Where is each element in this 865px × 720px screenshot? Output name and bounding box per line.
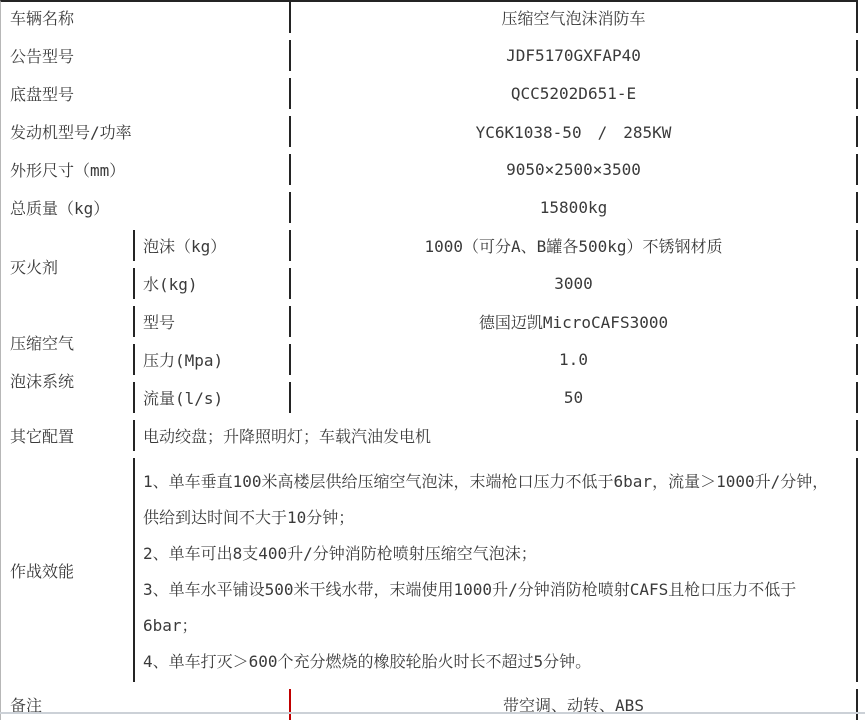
row-value: 1000（可分A、B罐各500kg）不锈钢材质 <box>289 230 858 261</box>
row-value: QCC5202D651-E <box>289 78 858 109</box>
group-label: 压缩空气 泡沫系统 <box>1 306 133 420</box>
table-row-remark: 备注 带空调、动转、ABS <box>1 689 858 720</box>
table-row-pressure: 压力(Mpa) 1.0 <box>133 344 858 375</box>
sub-label: 泡沫（kg） <box>133 230 289 261</box>
combat-line: 2、单车可出8支400升/分钟消防枪喷射压缩空气泡沫； <box>143 536 842 572</box>
sub-label: 流量(l/s) <box>133 382 289 413</box>
row-value: JDF5170GXFAP40 <box>289 40 858 71</box>
table-row-vehicle-name: 车辆名称 压缩空气泡沫消防车 <box>1 2 858 33</box>
row-label: 车辆名称 <box>1 2 289 33</box>
row-label: 其它配置 <box>1 420 133 451</box>
row-label: 公告型号 <box>1 40 289 71</box>
combat-performance-text: 1、单车垂直100米高楼层供给压缩空气泡沫，末端枪口压力不低于6bar，流量＞1… <box>133 458 858 682</box>
table-row-engine-power: 发动机型号/功率 YC6K1038-50 / 285KW <box>1 116 858 147</box>
group-label-line: 灭火剂 <box>10 249 133 287</box>
group-extinguishing-agent: 灭火剂 泡沫（kg） 1000（可分A、B罐各500kg）不锈钢材质 水(kg)… <box>1 230 858 306</box>
bottom-divider <box>0 712 865 714</box>
row-value: 电动绞盘；升降照明灯；车载汽油发电机 <box>133 420 858 451</box>
row-value: 1.0 <box>289 344 858 375</box>
table-row-other-config: 其它配置 电动绞盘；升降照明灯；车载汽油发电机 <box>1 420 858 451</box>
row-label: 发动机型号/功率 <box>1 116 289 147</box>
row-value: 15800kg <box>289 192 858 223</box>
table-row-dimensions: 外形尺寸（mm） 9050×2500×3500 <box>1 154 858 185</box>
vehicle-spec-table: 车辆名称 压缩空气泡沫消防车 公告型号 JDF5170GXFAP40 底盘型号 … <box>0 0 858 720</box>
vehicle-spec-page: 车辆名称 压缩空气泡沫消防车 公告型号 JDF5170GXFAP40 底盘型号 … <box>0 0 865 720</box>
row-value: YC6K1038-50 / 285KW <box>289 116 858 147</box>
sub-label: 水(kg) <box>133 268 289 299</box>
row-label: 外形尺寸（mm） <box>1 154 289 185</box>
row-label: 总质量（kg） <box>1 192 289 223</box>
group-label-line: 压缩空气 <box>10 325 133 363</box>
row-label: 作战效能 <box>1 458 133 682</box>
sub-label: 型号 <box>133 306 289 337</box>
table-row-chassis-model: 底盘型号 QCC5202D651-E <box>1 78 858 109</box>
group-label-line: 泡沫系统 <box>10 363 133 401</box>
table-row-gross-mass: 总质量（kg） 15800kg <box>1 192 858 223</box>
table-row-combat-performance: 作战效能 1、单车垂直100米高楼层供给压缩空气泡沫，末端枪口压力不低于6bar… <box>1 458 858 682</box>
row-label: 备注 <box>1 689 289 720</box>
row-value: 压缩空气泡沫消防车 <box>289 2 858 33</box>
row-label: 底盘型号 <box>1 78 289 109</box>
table-row-foam: 泡沫（kg） 1000（可分A、B罐各500kg）不锈钢材质 <box>133 230 858 261</box>
combat-line: 4、单车打灭＞600个充分燃烧的橡胶轮胎火时长不超过5分钟。 <box>143 644 842 680</box>
table-row-announce-model: 公告型号 JDF5170GXFAP40 <box>1 40 858 71</box>
group-cafs-system: 压缩空气 泡沫系统 型号 德国迈凯MicroCAFS3000 压力(Mpa) 1… <box>1 306 858 420</box>
row-value: 9050×2500×3500 <box>289 154 858 185</box>
row-value: 50 <box>289 382 858 413</box>
combat-line: 3、单车水平铺设500米干线水带，末端使用1000升/分钟消防枪喷射CAFS且枪… <box>143 572 842 644</box>
combat-line: 1、单车垂直100米高楼层供给压缩空气泡沫，末端枪口压力不低于6bar，流量＞1… <box>143 464 842 536</box>
table-row-water: 水(kg) 3000 <box>133 268 858 299</box>
group-label: 灭火剂 <box>1 230 133 306</box>
table-row-flow: 流量(l/s) 50 <box>133 382 858 413</box>
table-row-cafs-model: 型号 德国迈凯MicroCAFS3000 <box>133 306 858 337</box>
row-value: 德国迈凯MicroCAFS3000 <box>289 306 858 337</box>
row-value: 带空调、动转、ABS <box>289 689 858 720</box>
row-value: 3000 <box>289 268 858 299</box>
sub-label: 压力(Mpa) <box>133 344 289 375</box>
